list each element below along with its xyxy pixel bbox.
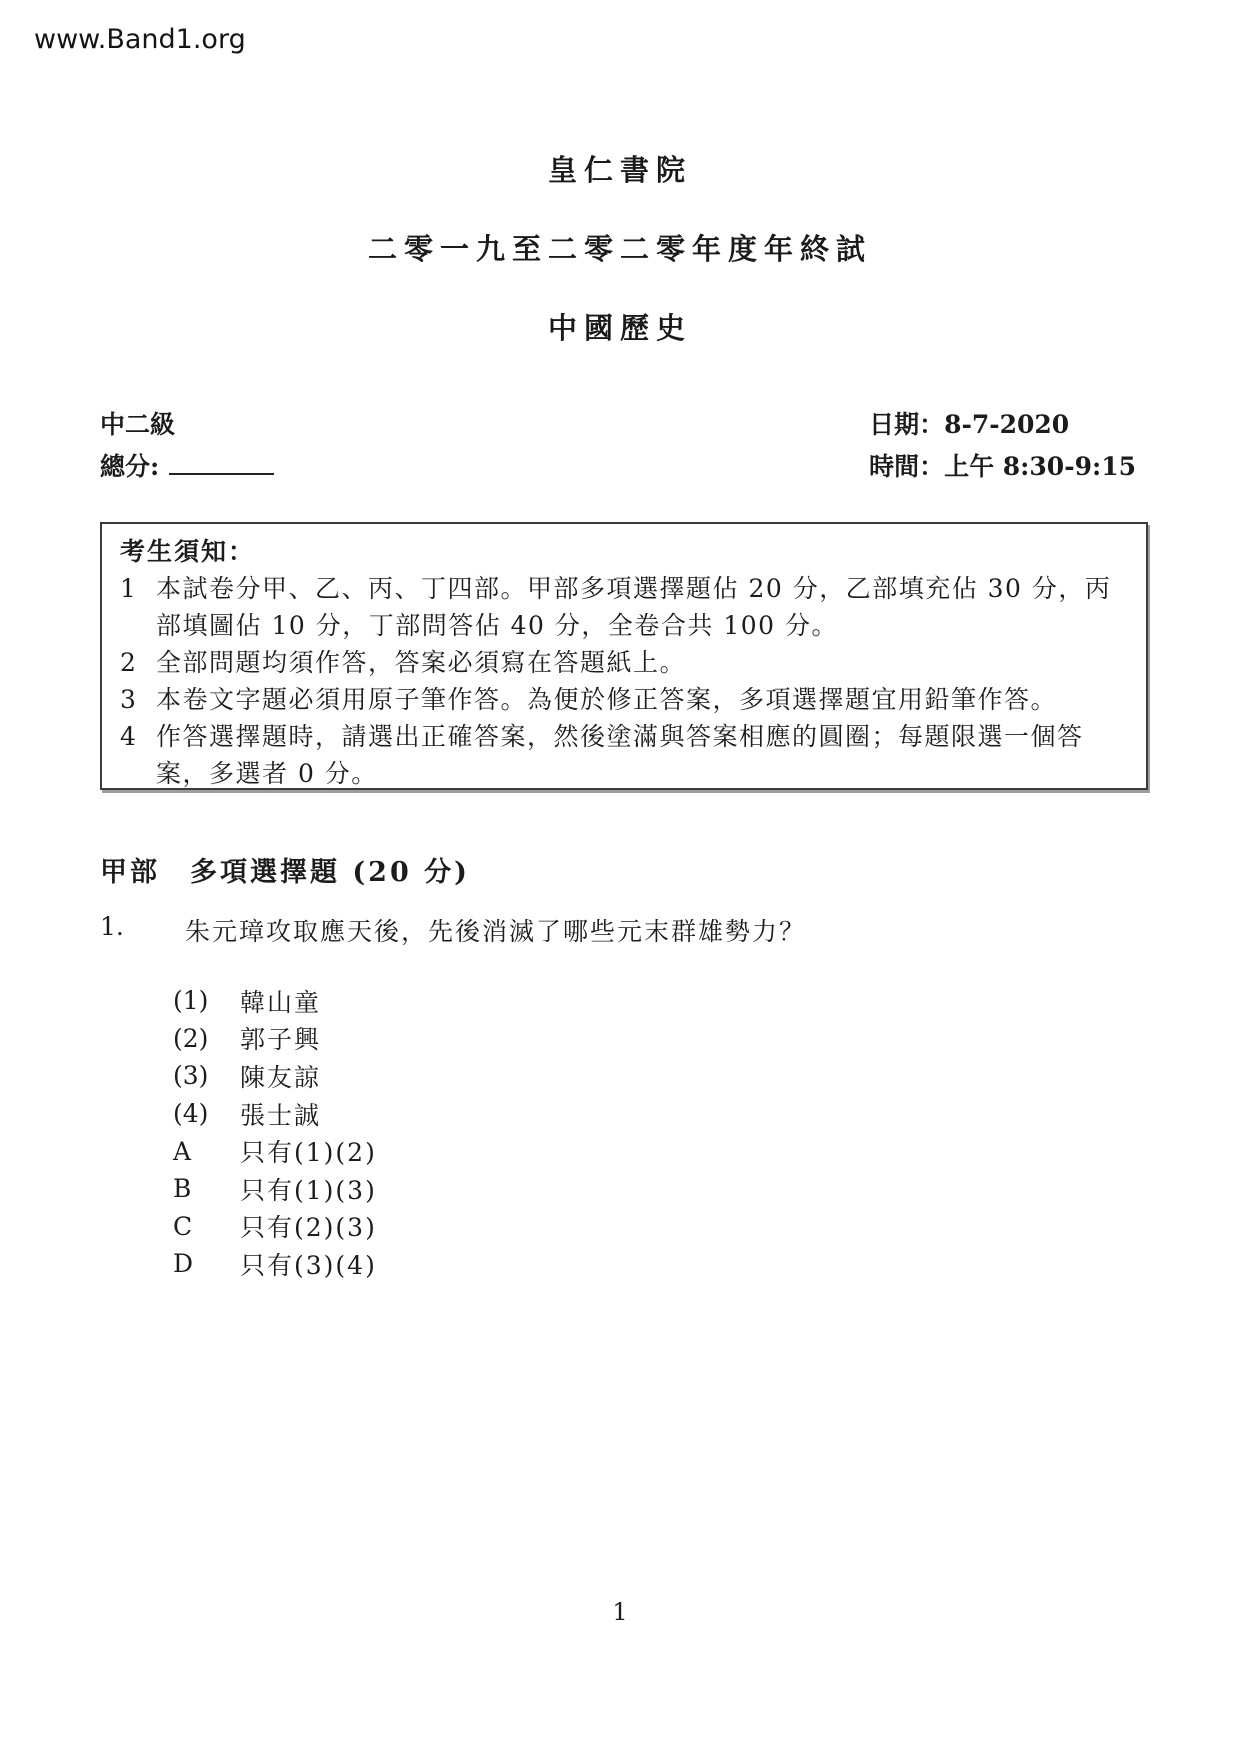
notice-item-text: 本試卷分甲、乙、丙、丁四部。甲部多項選擇題佔 20 分，乙部填充佔 30 分，丙… bbox=[156, 570, 1130, 644]
sub-option-number: (1) bbox=[173, 986, 240, 1015]
question-1-options: (1) 韓山童 (2) 郭子興 (3) 陳友諒 (4) 張士誠 A 只有(1)(… bbox=[173, 982, 377, 1283]
notice-item-number: 1 bbox=[120, 570, 156, 644]
total-score-blank bbox=[169, 449, 274, 475]
section-part-label: 甲部 bbox=[100, 857, 160, 888]
exam-paper-page: www.Band1.org 皇仁書院 二零一九至二零二零年度年終試 中國歷史 中… bbox=[0, 0, 1240, 1754]
school-name: 皇仁書院 bbox=[0, 148, 1240, 189]
answer-choice-text: 只有(2)(3) bbox=[240, 1208, 377, 1244]
notice-item-number: 3 bbox=[120, 681, 156, 718]
answer-choice: A 只有(1)(2) bbox=[173, 1132, 377, 1170]
sub-option-text: 張士誠 bbox=[240, 1096, 321, 1132]
notice-item-text: 作答選擇題時，請選出正確答案，然後塗滿與答案相應的圓圈；每題限選一個答案，多選者… bbox=[156, 718, 1130, 792]
sub-option-number: (2) bbox=[173, 1024, 240, 1053]
exam-info-row: 中二級 總分: 日期：8-7-2020 時間：上午 8:30-9:15 bbox=[100, 404, 1136, 488]
header-titles: 皇仁書院 二零一九至二零二零年度年終試 中國歷史 bbox=[0, 148, 1240, 385]
notice-item: 1 本試卷分甲、乙、丙、丁四部。甲部多項選擇題佔 20 分，乙部填充佔 30 分… bbox=[120, 570, 1130, 644]
sub-option-text: 韓山童 bbox=[240, 983, 321, 1019]
exam-date: 日期：8-7-2020 bbox=[869, 404, 1136, 446]
notice-item: 2 全部問題均須作答，答案必須寫在答題紙上。 bbox=[120, 644, 1130, 681]
info-right-column: 日期：8-7-2020 時間：上午 8:30-9:15 bbox=[869, 404, 1136, 488]
sub-option: (4) 張士誠 bbox=[173, 1095, 377, 1133]
total-score-label: 總分: bbox=[100, 452, 159, 481]
section-a-heading: 甲部多項選擇題 (20 分) bbox=[100, 850, 470, 889]
question-number: 1. bbox=[100, 912, 185, 948]
exam-title: 二零一九至二零二零年度年終試 bbox=[0, 227, 1240, 268]
answer-choice-letter: B bbox=[173, 1174, 240, 1203]
answer-choice-letter: D bbox=[173, 1249, 240, 1278]
answer-choice-text: 只有(1)(3) bbox=[240, 1171, 377, 1207]
sub-option-text: 郭子興 bbox=[240, 1020, 321, 1056]
sub-option: (3) 陳友諒 bbox=[173, 1057, 377, 1095]
sub-option: (1) 韓山童 bbox=[173, 982, 377, 1020]
info-left-column: 中二級 總分: bbox=[100, 404, 274, 488]
question-1: 1. 朱元璋攻取應天後，先後消滅了哪些元末群雄勢力？ bbox=[100, 912, 806, 948]
notice-item-number: 2 bbox=[120, 644, 156, 681]
sub-option-number: (3) bbox=[173, 1061, 240, 1090]
sub-option-number: (4) bbox=[173, 1099, 240, 1128]
section-title: 多項選擇題 (20 分) bbox=[190, 857, 470, 888]
candidate-notice-box: 考生須知： 1 本試卷分甲、乙、丙、丁四部。甲部多項選擇題佔 20 分，乙部填充… bbox=[100, 522, 1148, 790]
total-score-line: 總分: bbox=[100, 446, 274, 488]
page-number: 1 bbox=[0, 1598, 1240, 1626]
answer-choice: C 只有(2)(3) bbox=[173, 1208, 377, 1246]
exam-time: 時間：上午 8:30-9:15 bbox=[869, 446, 1136, 488]
answer-choice-letter: C bbox=[173, 1212, 240, 1241]
notice-item-text: 全部問題均須作答，答案必須寫在答題紙上。 bbox=[156, 644, 1130, 681]
notice-item-number: 4 bbox=[120, 718, 156, 792]
answer-choice-text: 只有(1)(2) bbox=[240, 1133, 377, 1169]
sub-option-text: 陳友諒 bbox=[240, 1058, 321, 1094]
answer-choice: B 只有(1)(3) bbox=[173, 1170, 377, 1208]
notice-item-text: 本卷文字題必須用原子筆作答。為便於修正答案，多項選擇題宜用鉛筆作答。 bbox=[156, 681, 1130, 718]
answer-choice: D 只有(3)(4) bbox=[173, 1245, 377, 1283]
answer-choice-text: 只有(3)(4) bbox=[240, 1246, 377, 1282]
watermark-url: www.Band1.org bbox=[34, 24, 246, 55]
subject-title: 中國歷史 bbox=[0, 306, 1240, 347]
sub-option: (2) 郭子興 bbox=[173, 1020, 377, 1058]
question-text: 朱元璋攻取應天後，先後消滅了哪些元末群雄勢力？ bbox=[185, 912, 806, 948]
answer-choice-letter: A bbox=[173, 1137, 240, 1166]
notice-item: 3 本卷文字題必須用原子筆作答。為便於修正答案，多項選擇題宜用鉛筆作答。 bbox=[120, 681, 1130, 718]
class-level: 中二級 bbox=[100, 404, 274, 446]
notice-item: 4 作答選擇題時，請選出正確答案，然後塗滿與答案相應的圓圈；每題限選一個答案，多… bbox=[120, 718, 1130, 792]
notice-title: 考生須知： bbox=[120, 533, 1130, 570]
